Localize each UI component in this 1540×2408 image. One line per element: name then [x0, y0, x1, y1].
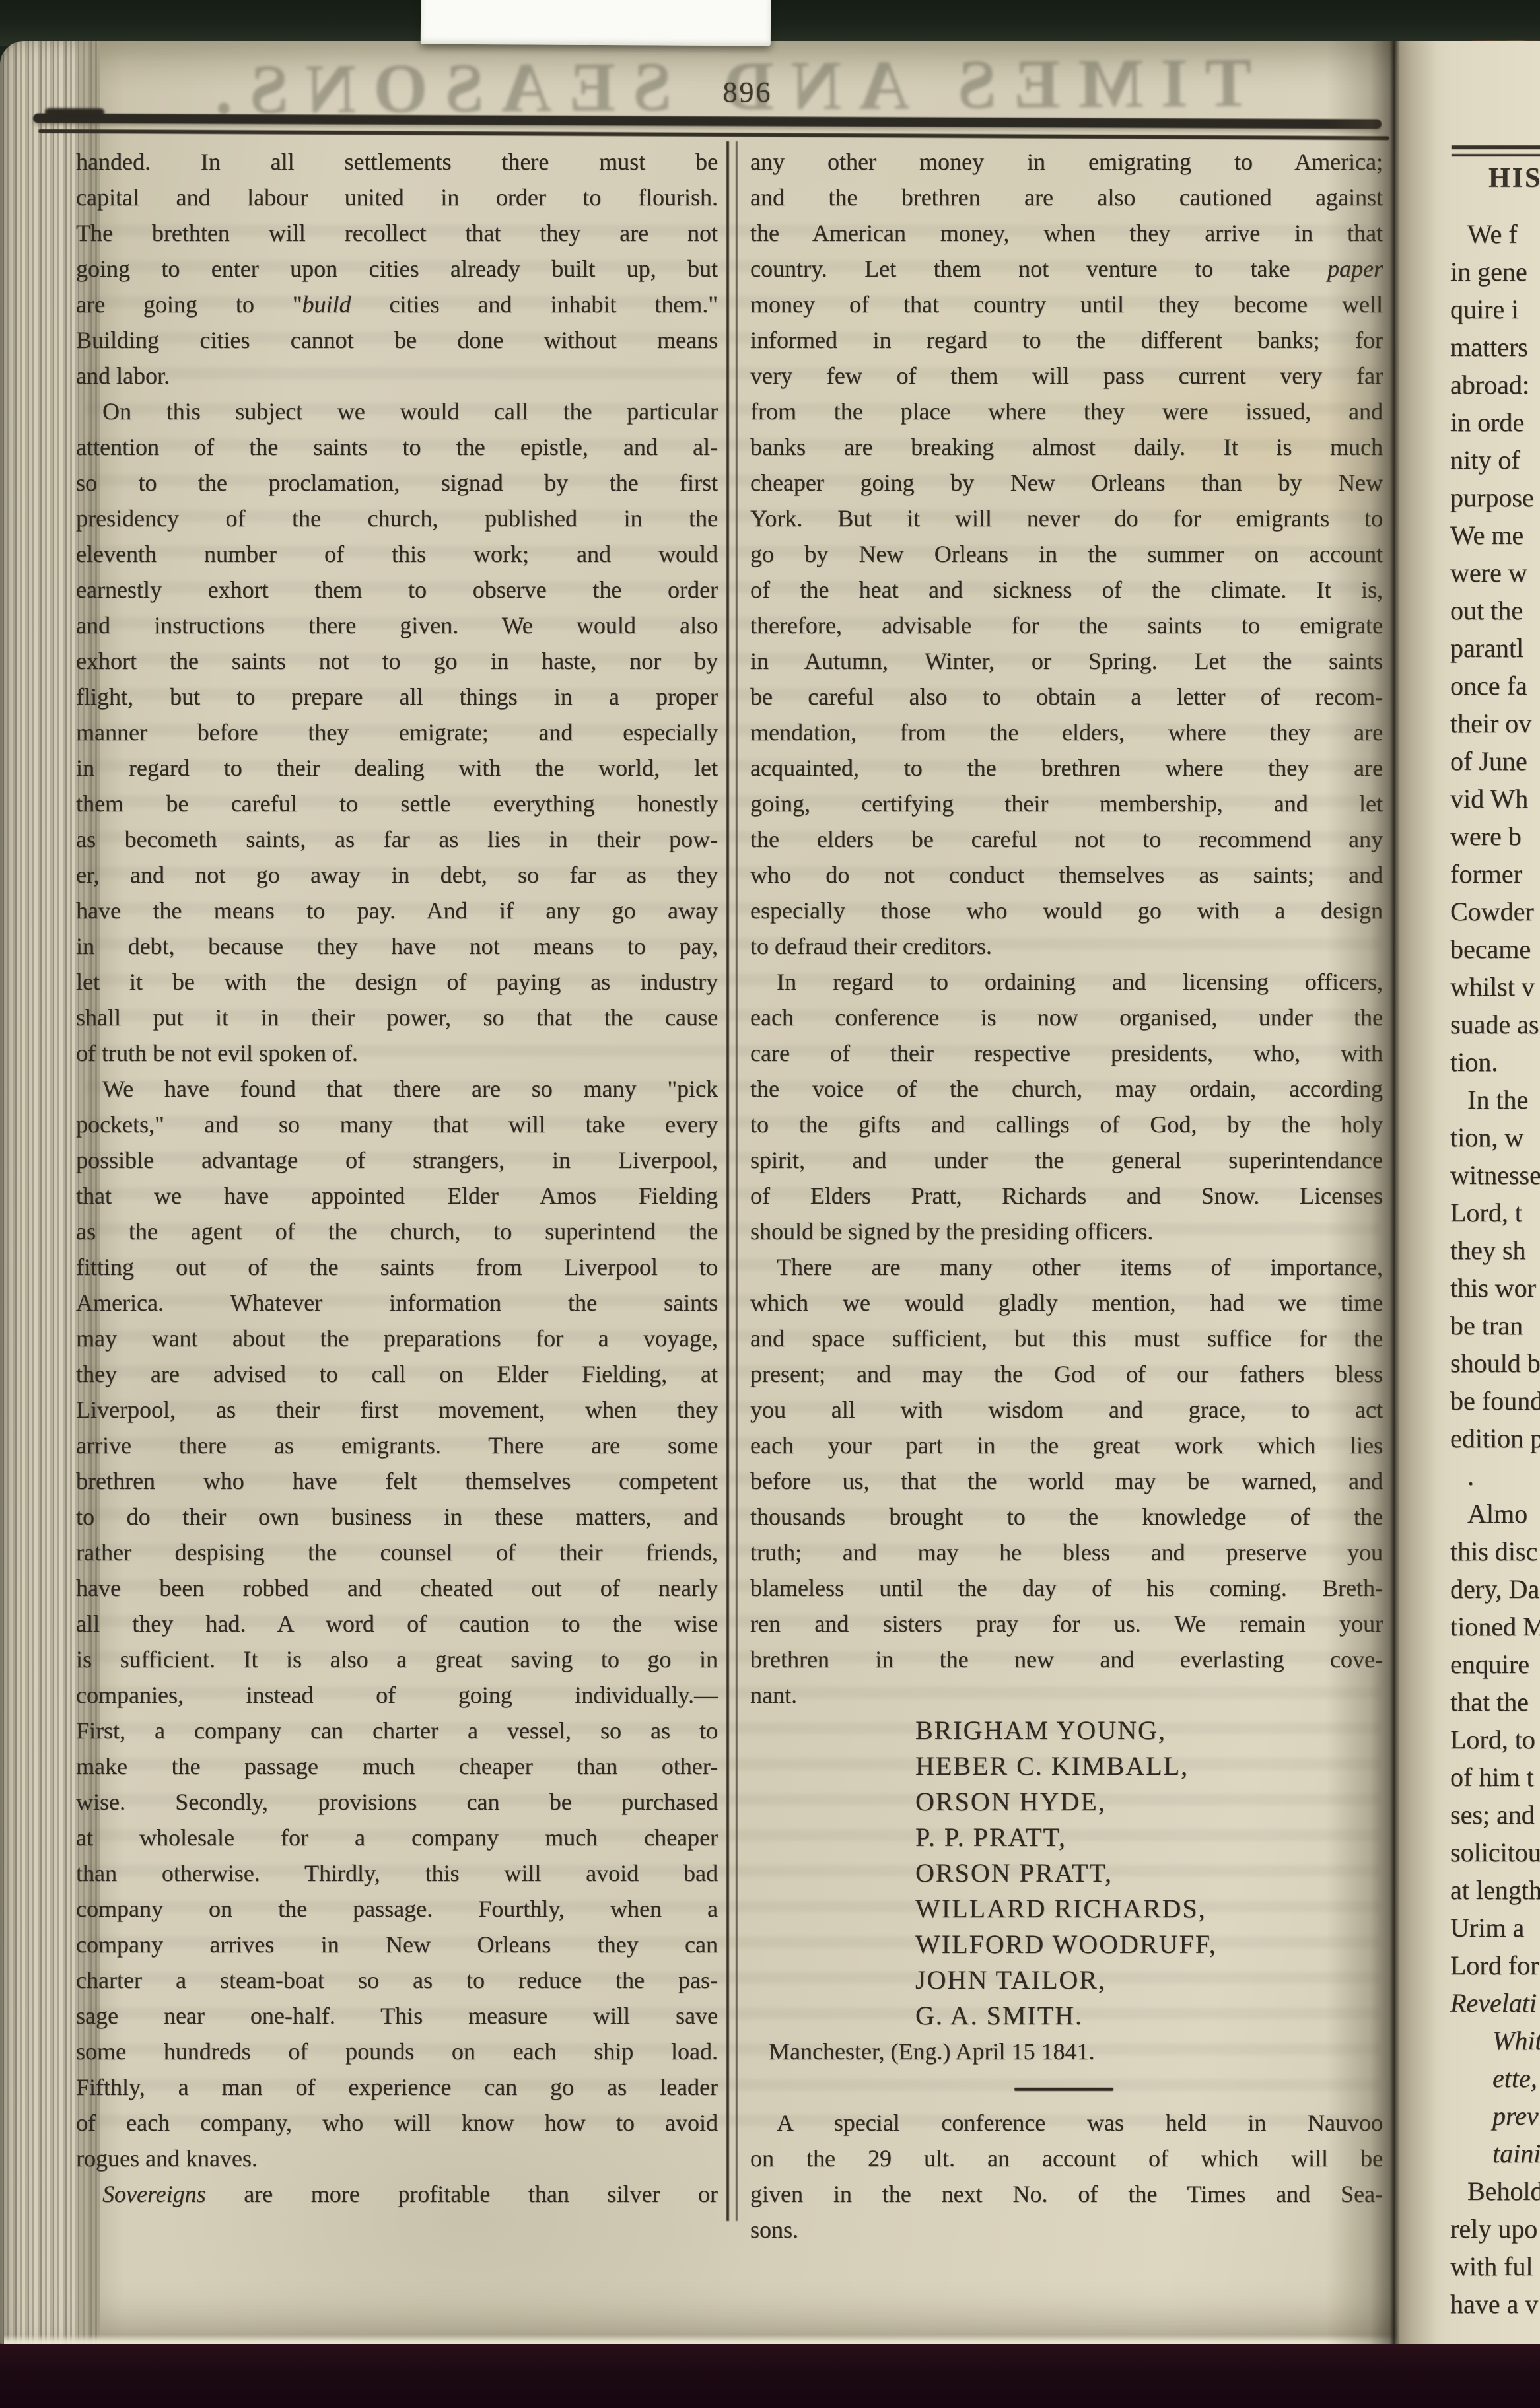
text-line: capital and labour united in order to fl…: [76, 180, 718, 215]
text-line: ren and sisters pray for us. We remain y…: [750, 1606, 1383, 1641]
text-line: as the agent of the church, to superinte…: [76, 1214, 718, 1249]
text-line: .: [1450, 1457, 1540, 1495]
gutter-shadow: [1326, 41, 1438, 2345]
text-line: flight, but to prepare all things in a p…: [76, 679, 718, 714]
text-line: present; and may the God of our fathers …: [750, 1356, 1383, 1392]
text-line: that we have appointed Elder Amos Fieldi…: [76, 1178, 718, 1214]
text-line: matters: [1450, 328, 1540, 366]
text-line: were b: [1450, 817, 1540, 855]
text-line: therefore, advisable for the saints to e…: [750, 607, 1383, 643]
text-line: they are advised to call on Elder Fieldi…: [76, 1356, 718, 1392]
text-line: rather despising the counsel of their fr…: [76, 1534, 718, 1570]
text-line: out the: [1450, 592, 1540, 629]
short-rule-bar: [1014, 2088, 1113, 2091]
text-line: quire i: [1450, 291, 1540, 328]
signature-line: HEBER C. KIMBALL,: [750, 1748, 1383, 1784]
text-line: In regard to ordaining and licensing off…: [750, 964, 1383, 1000]
book-scan: { "page": { "page_number": "896", "masth…: [0, 0, 1540, 2408]
text-line: have been robbed and cheated out of near…: [76, 1570, 718, 1606]
text-line: mendation, from the elders, where they a…: [750, 714, 1383, 750]
signature-line: ORSON PRATT,: [750, 1855, 1383, 1891]
text-line: Fifthly, a man of experience can go as l…: [76, 2069, 718, 2105]
text-line: this wor: [1450, 1269, 1540, 1307]
text-line: rely upo: [1450, 2210, 1540, 2248]
text-line: especially those who would go with a des…: [750, 893, 1383, 928]
text-line: of truth be not evil spoken of.: [76, 1035, 718, 1071]
text-line: is sufficient. It is also a great saving…: [76, 1641, 718, 1677]
text-line: to the gifts and callings of God, by the…: [750, 1107, 1383, 1142]
text-line: pockets," and so many that will take eve…: [76, 1107, 718, 1142]
separator-rule: [750, 2069, 1383, 2105]
text-line: solicitous: [1450, 1834, 1540, 1871]
signature-line: P. P. PRATT,: [750, 1820, 1383, 1855]
text-line: Sovereigns are more profitable than silv…: [76, 2176, 718, 2212]
text-line: Urim a: [1450, 1909, 1540, 1946]
text-line: parantl: [1450, 629, 1540, 667]
text-line: should be signed by the presiding office…: [750, 1214, 1383, 1249]
text-line: ette, S: [1450, 2059, 1540, 2097]
text-line: should b: [1450, 1344, 1540, 1382]
text-line: earnestly exhort them to observe the ord…: [76, 572, 718, 607]
text-line: they sh: [1450, 1231, 1540, 1269]
text-line: the elders be careful not to recommend a…: [750, 821, 1383, 857]
text-line: any other money in emigrating to America…: [750, 144, 1383, 180]
text-line: America. Whatever information the saints: [76, 1285, 718, 1321]
text-line: you all with wisdom and grace, to act: [750, 1392, 1383, 1428]
text-line: er, and not go away in debt, so far as t…: [76, 857, 718, 893]
text-line: tioned M: [1450, 1608, 1540, 1645]
text-line: nant.: [750, 1677, 1383, 1713]
text-line: On this subject we would call the partic…: [76, 394, 718, 429]
text-line: in Autumn, Winter, or Spring. Let the sa…: [750, 643, 1383, 679]
page-number: 896: [662, 75, 833, 109]
text-line: have a v: [1450, 2285, 1540, 2323]
text-line: in orde: [1450, 403, 1540, 441]
text-line: have the means to pay. And if any go awa…: [76, 893, 718, 928]
text-line: previo: [1450, 2097, 1540, 2135]
text-line: given in the next No. of the Times and S…: [750, 2176, 1383, 2212]
text-line: some hundreds of pounds on each ship loa…: [76, 2034, 718, 2069]
text-line: cheaper going by New Orleans than by New: [750, 465, 1383, 500]
text-line: charter a steam-boat so as to reduce the…: [76, 1962, 718, 1998]
text-line: spirit, and under the general superinten…: [750, 1142, 1383, 1178]
text-line: of him t: [1450, 1758, 1540, 1796]
text-line: go by New Orleans in the summer on accou…: [750, 536, 1383, 572]
text-line: suade as: [1450, 1006, 1540, 1043]
text-line: attention of the saints to the epistle, …: [76, 429, 718, 465]
text-line: of each company, who will know how to av…: [76, 2105, 718, 2141]
text-line: brethren who have felt themselves compet…: [76, 1463, 718, 1499]
text-line: at length: [1450, 1871, 1540, 1909]
text-line: this disc: [1450, 1532, 1540, 1570]
text-line: presidency of the church, published in t…: [76, 500, 718, 536]
text-line: the American money, when they arrive in …: [750, 215, 1383, 251]
text-line: are going to "build cities and inhabit t…: [76, 287, 718, 322]
text-line: York. But it will never do for emigrants…: [750, 500, 1383, 536]
text-line: and labor.: [76, 358, 718, 394]
text-line: banks are breaking almost daily. It is m…: [750, 429, 1383, 465]
text-line: handed. In all settlements there must be: [76, 144, 718, 180]
signature-line: JOHN TAILOR,: [750, 1962, 1383, 1998]
text-line: be tran: [1450, 1307, 1540, 1344]
text-line: Cowder: [1450, 893, 1540, 930]
text-line: former: [1450, 855, 1540, 893]
text-line: of Elders Pratt, Richards and Snow. Lice…: [750, 1178, 1383, 1214]
text-line: at wholesale for a company much cheaper: [76, 1820, 718, 1855]
text-line: as becometh saints, as far as lies in th…: [76, 821, 718, 857]
text-line: and the brethren are also cautioned agai…: [750, 180, 1383, 215]
text-line: in gene: [1450, 253, 1540, 291]
text-line: their ov: [1450, 705, 1540, 742]
text-line: in debt, because they have not means to …: [76, 928, 718, 964]
text-line: arrive there as emigrants. There are som…: [76, 1428, 718, 1463]
text-line: before us, that the world may be warned,…: [750, 1463, 1383, 1499]
text-line: Lord for: [1450, 1946, 1540, 1984]
signature-line: ORSON HYDE,: [750, 1784, 1383, 1820]
text-line: the voice of the church, may ordain, acc…: [750, 1071, 1383, 1107]
text-line: them be careful to settle everything hon…: [76, 786, 718, 821]
text-line: and space sufficient, but this must suff…: [750, 1321, 1383, 1356]
text-line: exhort the saints not to go in haste, no…: [76, 643, 718, 679]
text-line: Building cities cannot be done without m…: [76, 322, 718, 358]
left-column: handed. In all settlements there must be…: [76, 144, 718, 2212]
text-line: thousands brought to the knowledge of th…: [750, 1499, 1383, 1534]
text-line: were w: [1450, 554, 1540, 592]
text-line: company on the passage. Fourthly, when a: [76, 1891, 718, 1927]
text-line: acquainted, to the brethren where they a…: [750, 750, 1383, 786]
text-line: Lord, t: [1450, 1194, 1540, 1231]
text-line: going to enter upon cities already built…: [76, 251, 718, 287]
text-line: may want about the preparations for a vo…: [76, 1321, 718, 1356]
text-line: A special conference was held in Nauvoo: [750, 2105, 1383, 2141]
column-divider-line-1: [726, 141, 729, 2221]
text-line: which we would gladly mention, had we ti…: [750, 1285, 1383, 1321]
text-line: truth; and may he bless and preserve you: [750, 1534, 1383, 1570]
text-line: very few of them will pass current very …: [750, 358, 1383, 394]
text-line: once fa: [1450, 667, 1540, 705]
facing-page-heading: HIS: [1488, 162, 1540, 194]
text-line: going, certifying their membership, and …: [750, 786, 1383, 821]
text-line: enquire: [1450, 1645, 1540, 1683]
signature-line: BRIGHAM YOUNG,: [750, 1713, 1383, 1748]
text-line: all they had. A word of caution to the w…: [76, 1606, 718, 1641]
text-line: Behold: [1450, 2172, 1540, 2210]
text-line: so to the proclamation, signad by the fi…: [76, 465, 718, 500]
text-line: let it be with the design of paying as i…: [76, 964, 718, 1000]
right-column: any other money in emigrating to America…: [750, 144, 1383, 2248]
text-line: We me: [1450, 516, 1540, 554]
text-line: became: [1450, 930, 1540, 968]
text-line: purpose: [1450, 479, 1540, 516]
text-line: sage near one-half. This measure will sa…: [76, 1998, 718, 2034]
signature-line: WILLARD RICHARDS,: [750, 1891, 1383, 1927]
text-line: of the heat and sickness of the climate.…: [750, 572, 1383, 607]
text-line: care of their respective presidents, who…: [750, 1035, 1383, 1071]
text-line: each your part in the great work which l…: [750, 1428, 1383, 1463]
signature-line: WILFORD WOODRUFF,: [750, 1927, 1383, 1962]
text-line: be found: [1450, 1382, 1540, 1420]
text-line: to do their own business in these matter…: [76, 1499, 718, 1534]
text-line: We f: [1450, 215, 1540, 253]
text-line: company arrives in New Orleans they can: [76, 1927, 718, 1962]
text-line: tion, w: [1450, 1118, 1540, 1156]
text-line: brethren in the new and everlasting cove…: [750, 1641, 1383, 1677]
text-line: rogues and knaves.: [76, 2141, 718, 2176]
text-line: Revelati: [1450, 1984, 1540, 2022]
book-cover-bottom: [0, 2344, 1540, 2408]
facing-page-rule-top: [1452, 145, 1540, 149]
text-line: Almo: [1450, 1495, 1540, 1532]
text-line: abroad:: [1450, 366, 1540, 403]
text-line: country. Let them not venture to take pa…: [750, 251, 1383, 287]
text-line: possible advantage of strangers, in Live…: [76, 1142, 718, 1178]
text-line: in regard to their dealing with the worl…: [76, 750, 718, 786]
text-line: The brethten will recollect that they ar…: [76, 215, 718, 251]
text-line: eleventh number of this work; and would: [76, 536, 718, 572]
text-line: companies, instead of going individually…: [76, 1677, 718, 1713]
text-line: sons.: [750, 2212, 1383, 2248]
text-line: Manchester, (Eng.) April 15 1841.: [750, 2034, 1383, 2069]
text-line: Lord, to: [1450, 1721, 1540, 1758]
text-line: of June: [1450, 742, 1540, 780]
text-line: tion.: [1450, 1043, 1540, 1081]
text-line: who do not conduct themselves as saints;…: [750, 857, 1383, 893]
text-line: We have found that there are so many "pi…: [76, 1071, 718, 1107]
text-line: manner before they emigrate; and especia…: [76, 714, 718, 750]
text-line: to defraud their creditors.: [750, 928, 1383, 964]
bookmark-paper: [421, 0, 771, 46]
text-line: Whitn: [1450, 2022, 1540, 2059]
text-line: on the 29 ult. an account of which will …: [750, 2141, 1383, 2176]
text-line: money of that country until they become …: [750, 287, 1383, 322]
text-line: than otherwise. Thirdly, this will avoid…: [76, 1855, 718, 1891]
facing-page-rule-bottom: [1452, 154, 1540, 156]
text-line: First, a company can charter a vessel, s…: [76, 1713, 718, 1748]
column-divider-line-2: [736, 141, 738, 2221]
text-line: dery, Da: [1450, 1570, 1540, 1608]
text-line: be careful also to obtain a letter of re…: [750, 679, 1383, 714]
text-line: vid Wh: [1450, 780, 1540, 817]
text-line: wise. Secondly, provisions can be purcha…: [76, 1784, 718, 1820]
text-line: and instructions there given. We would a…: [76, 607, 718, 643]
text-line: edition p: [1450, 1420, 1540, 1457]
text-line: with ful: [1450, 2248, 1540, 2285]
text-line: whilst v: [1450, 968, 1540, 1006]
signature-line: G. A. SMITH.: [750, 1998, 1383, 2034]
text-line: tainin: [1450, 2135, 1540, 2172]
text-line: informed in regard to the different bank…: [750, 322, 1383, 358]
text-line: Liverpool, as their first movement, when…: [76, 1392, 718, 1428]
text-line: shall put it in their power, so that the…: [76, 1000, 718, 1035]
text-line: ses; and: [1450, 1796, 1540, 1834]
facing-page-fragment-column: We fin genequire imattersabroad:in orden…: [1450, 215, 1540, 2323]
text-line: witnesse: [1450, 1156, 1540, 1194]
text-line: fitting out of the saints from Liverpool…: [76, 1249, 718, 1285]
text-line: make the passage much cheaper than other…: [76, 1748, 718, 1784]
text-line: There are many other items of importance…: [750, 1249, 1383, 1285]
text-line: from the place where they were issued, a…: [750, 394, 1383, 429]
text-line: blameless until the day of his coming. B…: [750, 1570, 1383, 1606]
text-line: In the: [1450, 1081, 1540, 1118]
text-line: each conference is now organised, under …: [750, 1000, 1383, 1035]
text-line: that the: [1450, 1683, 1540, 1721]
text-line: nity of: [1450, 441, 1540, 479]
